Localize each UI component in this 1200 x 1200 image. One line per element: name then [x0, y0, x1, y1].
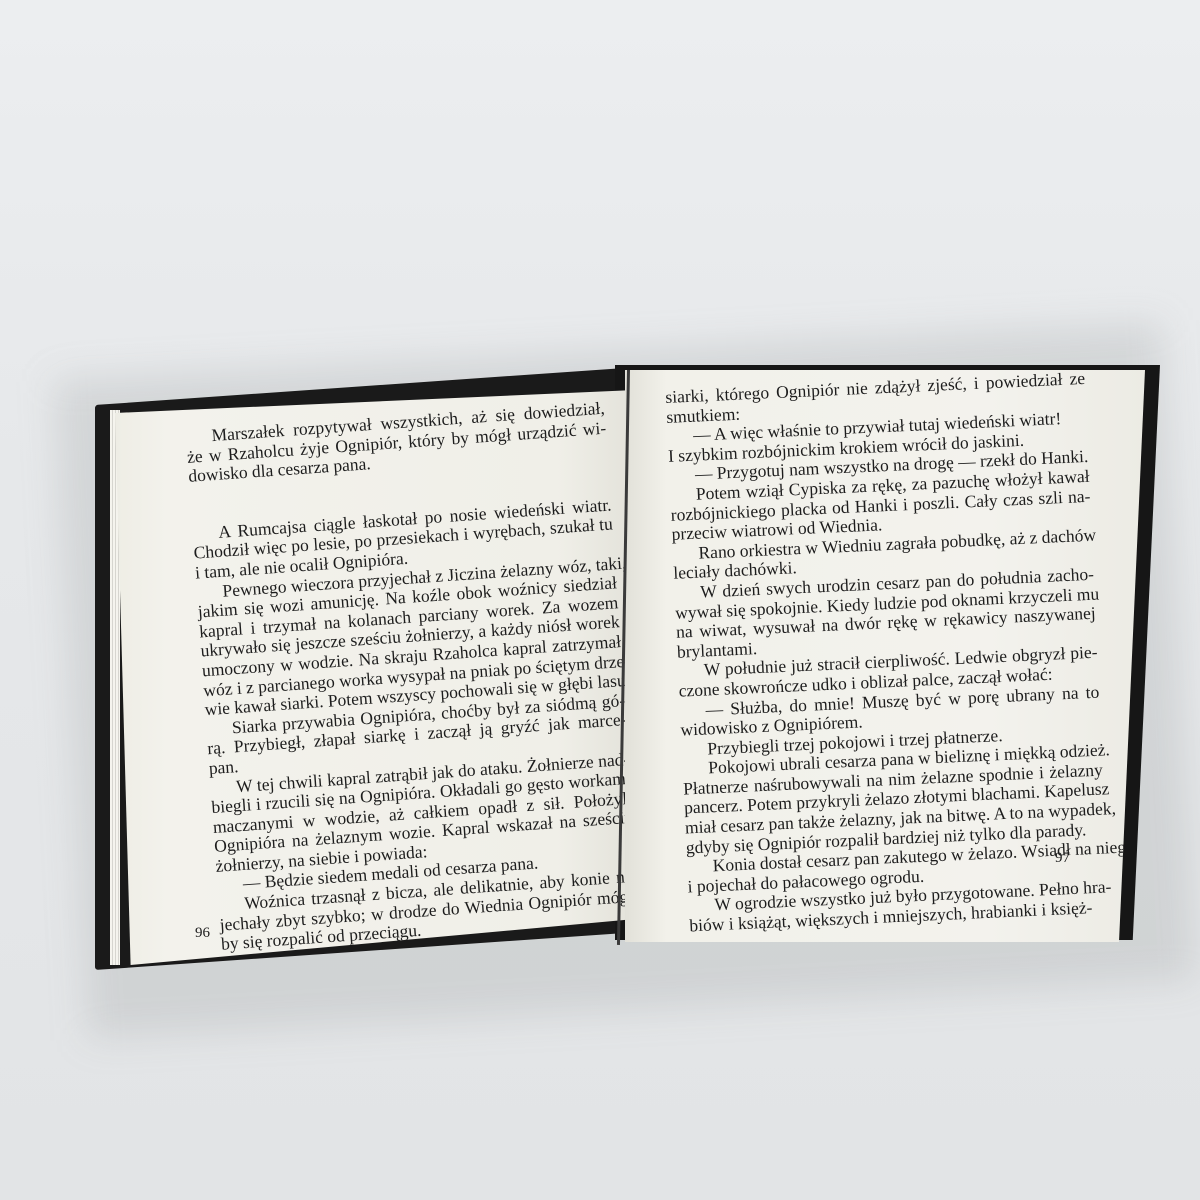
- page-number-right: 97: [1055, 850, 1070, 867]
- left-page-text: Marszałek rozpytywał wszystkich, aż się …: [185, 399, 635, 965]
- left-page: Marszałek rozpytywał wszystkich, aż się …: [115, 390, 635, 965]
- right-page-text: siarki, którego Ognipiór nie zdążył zjeś…: [665, 370, 1109, 936]
- page-number-left: 96: [195, 925, 210, 942]
- right-page: siarki, którego Ognipiór nie zdążył zjeś…: [625, 370, 1145, 942]
- open-book: Marszałek rozpytywał wszystkich, aż się …: [95, 370, 1175, 1010]
